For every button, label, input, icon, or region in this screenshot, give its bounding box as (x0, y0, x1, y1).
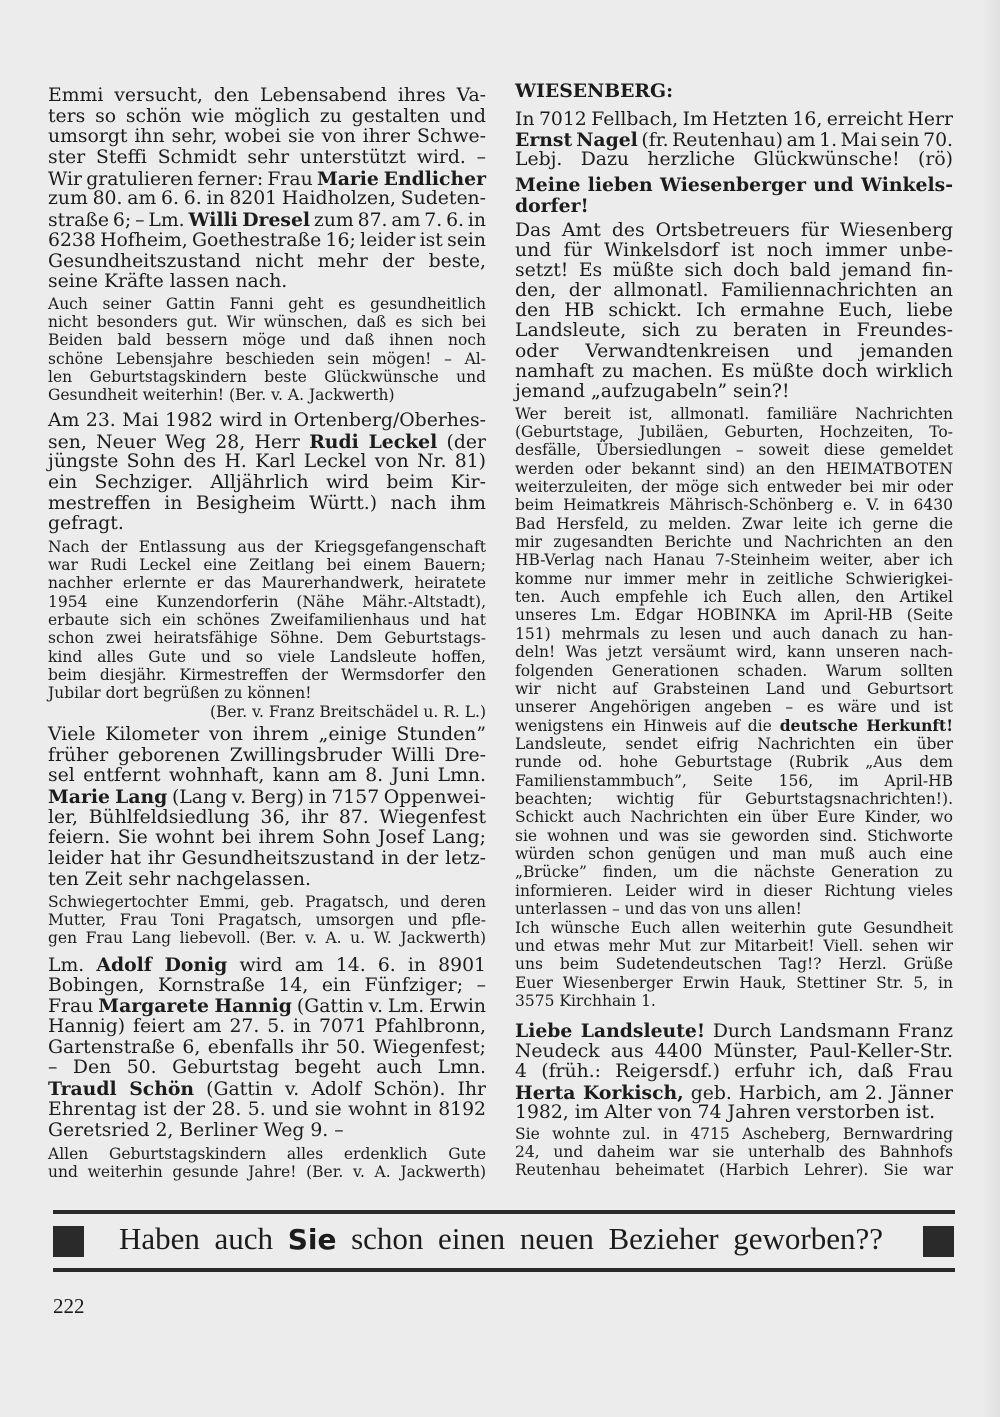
text-run: sel entfernt wohnhaft, kann am 8. Juni L… (48, 765, 486, 786)
text-line: mestreffen in Besigheim Württ.) nach ihm (48, 494, 486, 515)
text-line: informieren. Leider wird in dieser Richt… (515, 882, 953, 900)
text-run: sen, Neuer Weg 28, Herr (48, 432, 309, 453)
text-line: HB-Verlag nach Hanau 7-Steinheim weiter,… (515, 551, 953, 569)
text-line: Traudl Schön (Gattin v. Adolf Schön). Ih… (48, 1079, 486, 1100)
text-run: Familienstammbuch”, Seite 156, im April-… (515, 772, 953, 790)
bold-text: deutsche Herkunft! (780, 716, 953, 735)
text-line: ster Steffi Schmidt sehr unterstützt wir… (48, 148, 486, 169)
text-run: zum 80. am 6. 6. in 8201 Haidholzen, Sud… (48, 188, 486, 209)
text-line: Wer bereit ist, allmonatl. familiäre Nac… (515, 405, 953, 423)
text-run: (Gattin v. Lm. Erwin (292, 996, 486, 1017)
text-run: (fr. Reutenhau) am 1. Mai sein 70. (638, 130, 953, 151)
text-run: würden schon genügen und man muß auch ei… (515, 845, 953, 863)
text-run: den, der allmonatl. Familiennachrichten … (515, 280, 953, 301)
text-run: (Geburtstage, Jubiläen, Geburten, Hochze… (515, 423, 953, 441)
text-run: gefragt. (48, 513, 124, 534)
text-run: kind alles Gute und so viele Landsleute … (48, 648, 486, 666)
text-run: 151) mehrmals zu lesen und auch danach z… (515, 625, 953, 643)
text-line: Gesundheit weiterhin! (Ber. v. A. Jackwe… (48, 386, 486, 404)
text-run: len Geburtstagskindern beste Glückwünsch… (48, 368, 486, 386)
text-line: folgenden Generationen schaden. Warum so… (515, 662, 953, 680)
text-run: Allen Geburtstagskindern alles erdenklic… (48, 1145, 486, 1163)
text-run: Durch Landsmann Franz (705, 1021, 953, 1042)
text-run: WIESENBERG: (515, 80, 673, 102)
text-run: Viele Kilometer von ihrem „einige Stunde… (48, 724, 486, 745)
text-line: 4 (früh.: Reigersdf.) erfuhr ich, daß Fr… (515, 1062, 953, 1083)
text-run: mir zugesandten Berichte und Nachrichten… (515, 533, 953, 551)
text-line: ters so schön wie möglich zu gestalten u… (48, 107, 486, 128)
text-run: Schickt auch Nachrichten ein über Eure K… (515, 808, 953, 826)
text-run: und weiterhin gesunde Jahre! (Ber. v. A.… (48, 1163, 486, 1181)
text-line: 1954 eine Kunzendorferin (Nähe Mähr.-Alt… (48, 593, 486, 611)
text-run: Auch seiner Gattin Fanni geht es gesundh… (48, 295, 486, 313)
text-line: unserer Angehörigen angeben – es wäre un… (515, 698, 953, 716)
text-line: Geretsried 2, Berliner Weg 9. – (48, 1121, 486, 1142)
banner-bottom-rule (53, 1268, 955, 1272)
text-line: namhaft zu machen. Es müßte doch wirklic… (515, 362, 953, 382)
text-run: Lebj. Dazu herzliche Glückwünsche! (rö) (515, 149, 953, 170)
text-line: oder Verwandtenkreisen und jemanden (515, 342, 953, 362)
text-line: In 7012 Fellbach, Im Hetzten 16, erreich… (515, 110, 953, 130)
text-run: Landsleute, sendet eifrig Nachrichten ei… (515, 735, 953, 753)
text-line: 1982, im Alter von 74 Jahren verstorben … (515, 1103, 953, 1124)
text-run: (Gattin v. Adolf Schön). Ihr (194, 1079, 486, 1100)
text-run: unserer Angehörigen angeben – es wäre un… (515, 698, 953, 716)
text-line: Gesundheitszustand nicht mehr der beste, (48, 252, 486, 273)
text-line: Meine lieben Wiesenberger und Winkels- (515, 175, 953, 196)
text-line: Familienstammbuch”, Seite 156, im April-… (515, 772, 953, 790)
text-line: feiern. Sie wohnt bei ihrem Sohn Josef L… (48, 828, 486, 849)
bold-text: Marie Lang (48, 786, 167, 808)
text-run: 1982, im Alter von 74 Jahren verstorben … (515, 1102, 935, 1123)
text-run: Mutter, Frau Toni Pragatsch, umsorgen un… (48, 911, 486, 929)
text-line: und etwas mehr Mut zur Mitarbeit! Viell.… (515, 937, 953, 955)
note-allen-geburtstagskindern: Allen Geburtstagskindern alles erdenklic… (48, 1145, 486, 1182)
appeal-heading: Meine lieben Wiesenberger und Winkels-do… (515, 175, 953, 217)
text-line: Mutter, Frau Toni Pragatsch, umsorgen un… (48, 911, 486, 929)
text-line: Gartenstraße 6, ebenfalls ihr 50. Wiegen… (48, 1038, 486, 1059)
text-line: beim diesjähr. Kirmestreffen der Wermsdo… (48, 666, 486, 684)
text-line: sie wohnen und was sie geworden sind. St… (515, 827, 953, 845)
notice-donig-hannig-schoen: Lm. Adolf Donig wird am 14. 6. in 8901Bo… (48, 955, 486, 1141)
text-line: war Rudi Leckel eine Zeitlang bei einem … (48, 556, 486, 574)
text-run: weiterzuleiten, der möge sich entweder b… (515, 478, 953, 496)
text-line: gefragt. (48, 514, 486, 535)
text-run: wird am 14. 6. in 8901 (227, 955, 486, 976)
text-line: beachten; wichtig für Geburtstagsnachric… (515, 790, 953, 808)
text-run: ten Zeit sehr nachgelassen. (48, 869, 311, 890)
text-run: HB-Verlag nach Hanau 7-Steinheim weiter,… (515, 551, 953, 569)
text-line: Lebj. Dazu herzliche Glückwünsche! (rö) (515, 150, 953, 170)
text-line: dorfer! (515, 196, 953, 217)
text-line: sen, Neuer Weg 28, Herr Rudi Leckel (der (48, 432, 486, 453)
text-line: 3575 Kirchhain 1. (515, 992, 953, 1010)
text-run: ler, Bühlfeldsiedlung 36, ihr 87. Wiegen… (48, 807, 486, 828)
text-run: 3575 Kirchhain 1. (515, 992, 656, 1010)
text-run: und für Winkelsdorf ist noch immer unbe- (515, 240, 953, 261)
text-line: Hannig) feiert am 27. 5. in 7071 Pfahlbr… (48, 1017, 486, 1038)
bold-text: Ernst Nagel (515, 129, 638, 151)
text-line: kind alles Gute und so viele Landsleute … (48, 648, 486, 666)
banner-top-rule (53, 1210, 955, 1214)
text-run: wir nicht auf Grabsteinen Land und Gebur… (515, 680, 953, 698)
text-line: Schwiegertochter Emmi, geb. Pragatsch, u… (48, 893, 486, 911)
text-run: ein Sechziger. Alljährlich wird beim Kir… (48, 472, 486, 493)
text-run: sie wohnen und was sie geworden sind. St… (515, 827, 953, 845)
text-line: Beiden bald bessern möge und daß ihnen n… (48, 331, 486, 349)
text-run: Wir gratulieren ferner: Frau (48, 169, 317, 190)
text-run: namhaft zu machen. Es müßte doch wirklic… (515, 361, 953, 382)
text-run: Bobingen, Kornstraße 14, ein Fünfziger; … (48, 975, 486, 996)
text-line: jemand „aufzugabeln” sein?! (515, 382, 953, 402)
text-run: In 7012 Fellbach, Im Hetzten 16, erreich… (515, 109, 953, 130)
text-line: Emmi versucht, den Lebensabend ihres Va- (48, 86, 486, 107)
text-line: setzt! Es müßte sich doch bald jemand fi… (515, 261, 953, 281)
text-run: Beiden bald bessern möge und daß ihnen n… (48, 331, 486, 349)
text-run: gen Frau Lang liebevoll. (Ber. v. A. u. … (48, 929, 486, 947)
text-run: Frau (48, 996, 98, 1017)
text-run: ters so schön wie möglich zu gestalten u… (48, 106, 486, 127)
text-run: Landsleute, sich zu beraten in Freundes- (515, 320, 953, 341)
text-run: komme nur immer mehr in zeitliche Schwie… (515, 570, 953, 588)
banner-text: Haben auch Sie schon einen neuen Beziehe… (119, 1222, 883, 1257)
text-run: jüngste Sohn des H. Karl Leckel von Nr. … (48, 451, 486, 472)
text-run: Das Amt des Ortsbetreuers für Wiesenberg (515, 220, 953, 241)
text-line: (Geburtstage, Jubiläen, Geburten, Hochze… (515, 423, 953, 441)
text-line: seine Kräfte lassen nach. (48, 272, 486, 293)
text-run: Hannig) feiert am 27. 5. in 7071 Pfahlbr… (48, 1016, 486, 1037)
text-line: 24, und daheim war sie unterhalb des Bah… (515, 1143, 953, 1161)
text-run: unterlassen – und das von uns allen! (515, 900, 802, 918)
text-line: wenigstens ein Hinweis auf die deutsche … (515, 717, 953, 735)
text-run: seine Kräfte lassen nach. (48, 271, 287, 292)
text-line: nachher erlernte er das Maurerhandwerk, … (48, 574, 486, 592)
text-line: Jubilar dort begrüßen zu können! (48, 684, 486, 702)
text-line: uns beim Sudetendeutschen Tag!? Herzl. G… (515, 955, 953, 973)
text-line: unterlassen – und das von uns allen! (515, 900, 953, 918)
section-heading-wiesenberg: WIESENBERG: (515, 81, 953, 102)
text-run: informieren. Leider wird in dieser Richt… (515, 882, 953, 900)
obituary-details: Sie wohnte zul. in 4715 Ascheberg, Bernw… (515, 1125, 953, 1180)
text-line: und für Winkelsdorf ist noch immer unbe- (515, 241, 953, 261)
text-line: schon zwei heiratsfähige Söhne. Dem Gebu… (48, 629, 486, 647)
text-line: Das Amt des Ortsbetreuers für Wiesenberg (515, 221, 953, 241)
text-line: erbaute sich ein schönes Zweifamilienhau… (48, 611, 486, 629)
text-run: werden oder bekannt sind) an den HEIMATB… (515, 460, 953, 478)
text-run: Reutenhau beheimatet (Harbich Lehrer). S… (515, 1161, 953, 1179)
obituary-herta-korkisch: Liebe Landsleute! Durch Landsmann FranzN… (515, 1021, 953, 1124)
text-line: len Geburtstagskindern beste Glückwünsch… (48, 368, 486, 386)
text-run: beim Heimatkreis Mährisch-Schönberg e. V… (515, 496, 953, 514)
text-line: weiterzuleiten, der möge sich entweder b… (515, 478, 953, 496)
text-run: schöne Lebensjahre beschieden sein mögen… (48, 350, 486, 368)
text-line: leider hat ihr Gesundheitszustand in der… (48, 849, 486, 870)
page-number: 222 (53, 1294, 85, 1318)
text-line: Reutenhau beheimatet (Harbich Lehrer). S… (515, 1161, 953, 1179)
text-run: umsorgt ihn sehr, wobei sie von ihrer Sc… (48, 126, 486, 147)
text-run: Ehrentag ist der 28. 5. und sie wohnt in… (48, 1099, 486, 1120)
text-run: feiern. Sie wohnt bei ihrem Sohn Josef L… (48, 827, 486, 848)
banner-emphasis: Sie (288, 1223, 337, 1256)
text-run: Am 23. Mai 1982 wird in Ortenberg/Oberhe… (48, 410, 486, 431)
text-line: Liebe Landsleute! Durch Landsmann Franz (515, 1021, 953, 1042)
text-line: ein Sechziger. Alljährlich wird beim Kir… (48, 473, 486, 494)
text-line: ten Zeit sehr nachgelassen. (48, 870, 486, 891)
text-run: desfälle, Übersiedlungen – soweit diese … (515, 441, 953, 459)
text-line: Allen Geburtstagskindern alles erdenklic… (48, 1145, 486, 1163)
banner-left-square (53, 1226, 84, 1257)
text-line: (Ber. v. Franz Breitschädel u. R. L.) (48, 703, 486, 721)
text-line: Landsleute, sich zu beraten in Freundes- (515, 321, 953, 341)
text-line: Viele Kilometer von ihrem „einige Stunde… (48, 725, 486, 746)
text-run: mestreffen in Besigheim Württ.) nach ihm (48, 493, 486, 514)
text-line: Ich wünsche Euch allen weiterhin gute Ge… (515, 919, 953, 937)
subscriber-banner: Haben auch Sie schon einen neuen Beziehe… (119, 1222, 883, 1256)
text-run: geb. Harbich, am 2. Jänner (684, 1083, 953, 1104)
text-run: Gartenstraße 6, ebenfalls ihr 50. Wiegen… (48, 1037, 486, 1058)
text-line: jüngste Sohn des H. Karl Leckel von Nr. … (48, 452, 486, 473)
text-run: Nach der Entlassung aus der Kriegsgefang… (48, 538, 486, 556)
notice-marie-lang: Viele Kilometer von ihrem „einige Stunde… (48, 725, 486, 891)
text-line: Frau Margarete Hannig (Gattin v. Lm. Erw… (48, 996, 486, 1017)
text-line: Marie Lang (Lang v. Berg) in 7157 Oppenw… (48, 787, 486, 808)
text-line: nicht besonders gut. Wir wünschen, daß e… (48, 313, 486, 331)
text-line: Neudeck aus 4400 Münster, Paul-Keller-St… (515, 1042, 953, 1063)
text-run: Euer Wiesenberger Erwin Hauk, Stettiner … (515, 974, 953, 992)
text-line: und weiterhin gesunde Jahre! (Ber. v. A.… (48, 1163, 486, 1181)
text-run: Meine lieben Wiesenberger und Winkels- (515, 174, 953, 196)
text-run: nicht besonders gut. Wir wünschen, daß e… (48, 313, 486, 331)
text-line: Herta Korkisch, geb. Harbich, am 2. Jänn… (515, 1083, 953, 1104)
notice-ernst-nagel: In 7012 Fellbach, Im Hetzten 16, erreich… (515, 110, 953, 171)
text-run: Geretsried 2, Berliner Weg 9. – (48, 1120, 344, 1141)
text-line: Sie wohnte zul. in 4715 Ascheberg, Bernw… (515, 1125, 953, 1143)
text-run: war Rudi Leckel eine Zeitlang bei einem … (48, 556, 486, 574)
text-line: desfälle, Übersiedlungen – soweit diese … (515, 441, 953, 459)
note-rudi-leckel-biography: Nach der Entlassung aus der Kriegsgefang… (48, 538, 486, 721)
text-run: Bad Hersfeld, zu melden. Zwar leite ich … (515, 515, 953, 533)
text-run: dorfer! (515, 195, 589, 217)
text-run: uns beim Sudetendeutschen Tag!? Herzl. G… (515, 955, 953, 973)
text-run: ster Steffi Schmidt sehr unterstützt wir… (48, 147, 486, 168)
text-run: beachten; wichtig für Geburtstagsnachric… (515, 790, 953, 808)
text-run: setzt! Es müßte sich doch bald jemand fi… (515, 260, 953, 281)
text-line: ler, Bühlfeldsiedlung 36, ihr 87. Wiegen… (48, 808, 486, 829)
text-run: zum 87. am 7. 6. in (310, 210, 486, 231)
text-run: runde od. hohe Geburtstage (Rubrik „Aus … (515, 753, 953, 771)
text-line: Ernst Nagel (fr. Reutenhau) am 1. Mai se… (515, 130, 953, 150)
text-run: früher geborenen Zwillingsbruder Willi D… (48, 745, 486, 766)
text-run: straße 6; – Lm. (48, 210, 189, 231)
text-run: 24, und daheim war sie unterhalb des Bah… (515, 1143, 953, 1161)
text-line: 151) mehrmals zu lesen und auch danach z… (515, 625, 953, 643)
text-line: Bobingen, Kornstraße 14, ein Fünfziger; … (48, 976, 486, 997)
banner-text-after: schon einen neuen Bezieher geworben?? (336, 1221, 883, 1256)
text-line: würden schon genügen und man muß auch ei… (515, 845, 953, 863)
text-line: komme nur immer mehr in zeitliche Schwie… (515, 570, 953, 588)
text-line: Wir gratulieren ferner: Frau Marie Endli… (48, 169, 486, 190)
text-run: Jubilar dort begrüßen zu können! (48, 684, 311, 702)
text-line: beim Heimatkreis Mährisch-Schönberg e. V… (515, 496, 953, 514)
text-run: Ich wünsche Euch allen weiterhin gute Ge… (515, 919, 953, 937)
text-line: früher geborenen Zwillingsbruder Willi D… (48, 746, 486, 767)
text-line: straße 6; – Lm. Willi Dresel zum 87. am … (48, 210, 486, 231)
text-line: WIESENBERG: (515, 81, 953, 102)
text-line: Ehrentag ist der 28. 5. und sie wohnt in… (48, 1100, 486, 1121)
text-line: Landsleute, sendet eifrig Nachrichten ei… (515, 735, 953, 753)
text-run: „Brücke” finden, um die nächste Generati… (515, 863, 953, 881)
text-run: leider hat ihr Gesundheitszustand in der… (48, 848, 486, 869)
text-run: jemand „aufzugabeln” sein?! (515, 381, 790, 402)
text-run: unseres Lm. Edgar HOBINKA im April-HB (S… (515, 606, 953, 624)
text-run: ten. Auch empfehle ich Euch allen, den A… (515, 588, 953, 606)
bold-text: Herta Korkisch, (515, 1082, 684, 1104)
note-gattin-fanni: Auch seiner Gattin Fanni geht es gesundh… (48, 295, 486, 405)
text-run: schon zwei heiratsfähige Söhne. Dem Gebu… (48, 629, 486, 647)
bold-text: Liebe Landsleute! (515, 1020, 705, 1042)
text-line: schöne Lebensjahre beschieden sein mögen… (48, 350, 486, 368)
text-run: deln! Was jetzt versäumt wird, kann unse… (515, 643, 953, 661)
text-run: erbaute sich ein schönes Zweifamilienhau… (48, 611, 486, 629)
text-line: Euer Wiesenberger Erwin Hauk, Stettiner … (515, 974, 953, 992)
text-run: wenigstens ein Hinweis auf die (515, 717, 780, 735)
text-run: Lm. (48, 955, 96, 976)
bold-text: Marie Endlicher (317, 168, 486, 190)
text-run: nachher erlernte er das Maurerhandwerk, … (48, 574, 486, 592)
text-run: (Lang v. Berg) in 7157 Oppenwei- (167, 787, 486, 808)
text-line: unseres Lm. Edgar HOBINKA im April-HB (S… (515, 606, 953, 624)
text-run: 1954 eine Kunzendorferin (Nähe Mähr.-Alt… (48, 593, 486, 611)
text-line: Bad Hersfeld, zu melden. Zwar leite ich … (515, 515, 953, 533)
text-line: runde od. hohe Geburtstage (Rubrik „Aus … (515, 753, 953, 771)
text-line: umsorgt ihn sehr, wobei sie von ihrer Sc… (48, 127, 486, 148)
text-line: deln! Was jetzt versäumt wird, kann unse… (515, 643, 953, 661)
note-schwiegertochter-emmi: Schwiegertochter Emmi, geb. Pragatsch, u… (48, 893, 486, 948)
text-line: „Brücke” finden, um die nächste Generati… (515, 863, 953, 881)
bold-text: Margarete Hannig (98, 995, 292, 1017)
text-run: Schwiegertochter Emmi, geb. Pragatsch, u… (48, 893, 486, 911)
page-edge-shadow (982, 0, 1000, 1417)
text-line: Nach der Entlassung aus der Kriegsgefang… (48, 538, 486, 556)
text-line: zum 80. am 6. 6. in 8201 Haidholzen, Sud… (48, 189, 486, 210)
text-run: den HB schickt. Ich ermahne Euch, liebe (515, 300, 953, 321)
text-run: Wer bereit ist, allmonatl. familiäre Nac… (515, 405, 953, 423)
text-run: Gesundheitszustand nicht mehr der beste, (48, 251, 486, 272)
text-line: mir zugesandten Berichte und Nachrichten… (515, 533, 953, 551)
text-run: beim diesjähr. Kirmestreffen der Wermsdo… (48, 666, 486, 684)
text-line: 6238 Hofheim, Goethestraße 16; leider is… (48, 231, 486, 252)
text-line: Schickt auch Nachrichten ein über Eure K… (515, 808, 953, 826)
text-line: Lm. Adolf Donig wird am 14. 6. in 8901 (48, 955, 486, 976)
bold-text: Willi Dresel (189, 209, 311, 231)
text-run: Gesundheit weiterhin! (Ber. v. A. Jackwe… (48, 386, 395, 404)
right-column: WIESENBERG: In 7012 Fellbach, Im Hetzten… (515, 0, 953, 1200)
banner-text-before: Haben auch (119, 1221, 288, 1256)
text-run: 4 (früh.: Reigersdf.) erfuhr ich, daß Fr… (515, 1061, 953, 1082)
banner-right-square (923, 1226, 954, 1257)
text-line: ten. Auch empfehle ich Euch allen, den A… (515, 588, 953, 606)
text-run: (der (437, 432, 486, 453)
text-run: Neudeck aus 4400 Münster, Paul-Keller-St… (515, 1041, 953, 1062)
text-run: folgenden Generationen schaden. Warum so… (515, 662, 953, 680)
text-line: werden oder bekannt sind) an den HEIMATB… (515, 460, 953, 478)
text-run: 6238 Hofheim, Goethestraße 16; leider is… (48, 230, 486, 251)
appeal-details: Wer bereit ist, allmonatl. familiäre Nac… (515, 405, 953, 1011)
text-line: wir nicht auf Grabsteinen Land und Gebur… (515, 680, 953, 698)
bold-text: Traudl Schön (48, 1078, 194, 1100)
text-run: und etwas mehr Mut zur Mitarbeit! Viell.… (515, 937, 953, 955)
text-line: Auch seiner Gattin Fanni geht es gesundh… (48, 295, 486, 313)
text-run: Emmi versucht, den Lebensabend ihres Va- (48, 85, 486, 106)
text-line: – Den 50. Geburtstag begeht auch Lmn. (48, 1058, 486, 1079)
document-page: Emmi versucht, den Lebensabend ihres Va-… (0, 0, 1000, 1417)
text-line: gen Frau Lang liebevoll. (Ber. v. A. u. … (48, 929, 486, 947)
appeal-ortsbetreuer: Das Amt des Ortsbetreuers für Wiesenberg… (515, 221, 953, 402)
text-line: sel entfernt wohnhaft, kann am 8. Juni L… (48, 766, 486, 787)
notice-endlicher-dresel: Emmi versucht, den Lebensabend ihres Va-… (48, 86, 486, 293)
text-run: oder Verwandtenkreisen und jemanden (515, 341, 953, 362)
bold-text: Adolf Donig (96, 954, 227, 976)
text-run: – Den 50. Geburtstag begeht auch Lmn. (48, 1057, 486, 1078)
bold-text: Rudi Leckel (309, 431, 437, 453)
text-run: (Ber. v. Franz Breitschädel u. R. L.) (210, 703, 486, 721)
text-line: Am 23. Mai 1982 wird in Ortenberg/Oberhe… (48, 411, 486, 432)
notice-rudi-leckel: Am 23. Mai 1982 wird in Ortenberg/Oberhe… (48, 411, 486, 535)
text-line: den, der allmonatl. Familiennachrichten … (515, 281, 953, 301)
text-line: den HB schickt. Ich ermahne Euch, liebe (515, 301, 953, 321)
left-column: Emmi versucht, den Lebensabend ihres Va-… (48, 0, 486, 1200)
text-run: Sie wohnte zul. in 4715 Ascheberg, Bernw… (515, 1125, 953, 1143)
